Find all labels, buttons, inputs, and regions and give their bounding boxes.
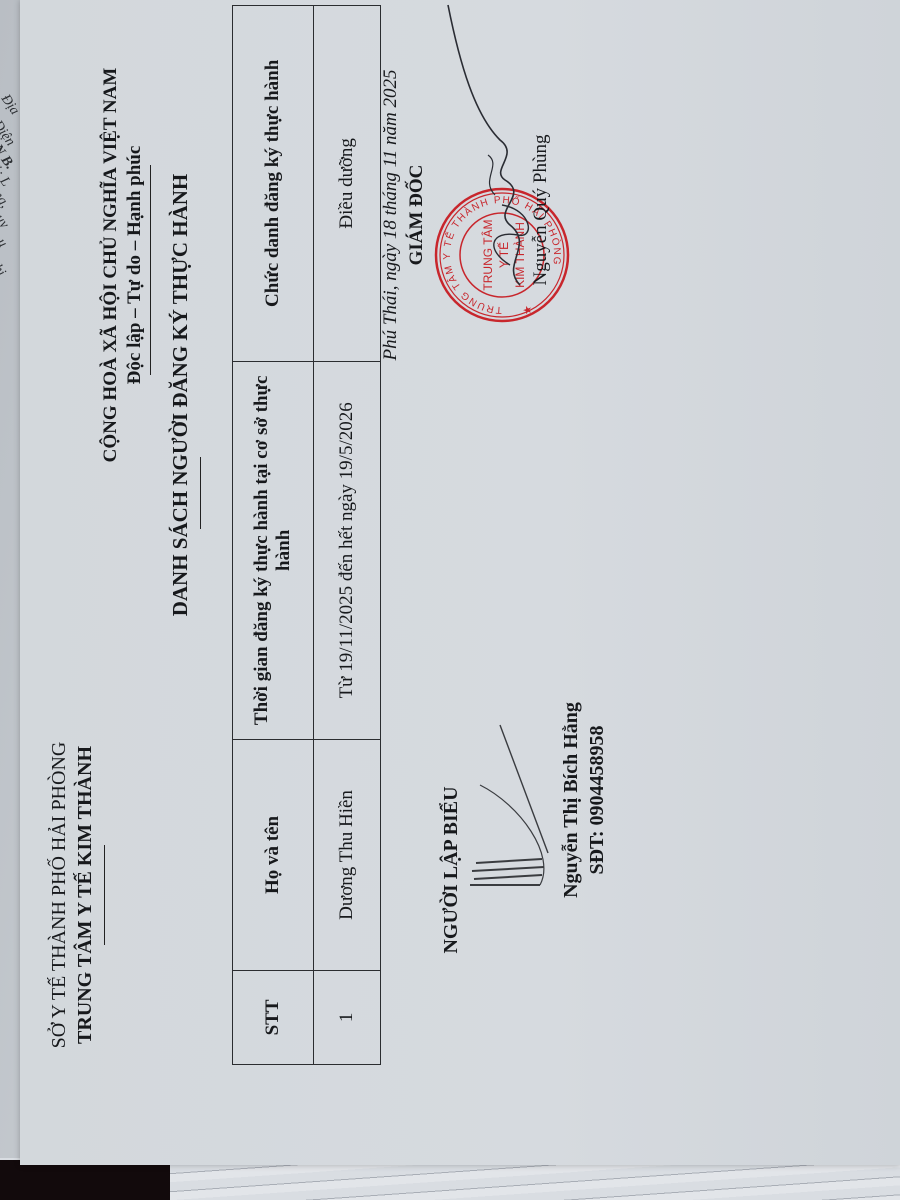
place-date-line: Phú Thái, ngày 18 tháng 11 năm 2025	[380, 25, 402, 405]
national-motto: Độc lập – Tự do – Hạnh phúc	[124, 0, 146, 545]
table-row: 1 Dương Thu Hiền Từ 19/11/2025 đến hết n…	[314, 6, 381, 1065]
registration-table: STT Họ và tên Thời gian đăng ký thực hàn…	[232, 5, 381, 1065]
cell-name: Dương Thu Hiền	[314, 740, 381, 971]
registration-document: SỞ Y TẾ THÀNH PHỐ HẢI PHÒNG TRUNG TÂM Y …	[20, 0, 900, 1165]
table-header-row: STT Họ và tên Thời gian đăng ký thực hàn…	[233, 6, 314, 1065]
motto-underline	[150, 165, 151, 375]
header-left-underline	[104, 845, 105, 945]
director-name: Nguyễn Quý Phùng	[530, 45, 552, 375]
preparer-phone: SĐT: 0904458958	[586, 635, 609, 965]
cell-period: Từ 19/11/2025 đến hết ngày 19/5/2026	[314, 361, 381, 739]
column-header-role: Chức danh đăng ký thực hành	[233, 6, 314, 362]
cell-role: Điều dưỡng	[314, 6, 381, 362]
preparer-signature-icon	[460, 715, 560, 915]
column-header-stt: STT	[233, 970, 314, 1064]
cell-stt: 1	[314, 970, 381, 1064]
column-header-period: Thời gian đăng ký thực hành tại cơ sở th…	[233, 361, 314, 739]
title-underline	[200, 457, 201, 529]
director-title: GIÁM ĐỐC	[406, 25, 428, 405]
column-header-name: Họ và tên	[233, 740, 314, 971]
header-organization: TRUNG TÂM Y TẾ KIM THÀNH	[74, 685, 97, 1105]
national-title: CỘNG HOÀ XÃ HỘI CHỦ NGHĨA VIỆT NAM	[100, 0, 122, 545]
header-department: SỞ Y TẾ THÀNH PHỐ HẢI PHÒNG	[48, 685, 71, 1105]
document-title: DANH SÁCH NGƯỜI ĐĂNG KÝ THỰC HÀNH	[168, 45, 193, 745]
preparer-name: Nguyễn Thị Bích Hằng	[560, 635, 583, 965]
